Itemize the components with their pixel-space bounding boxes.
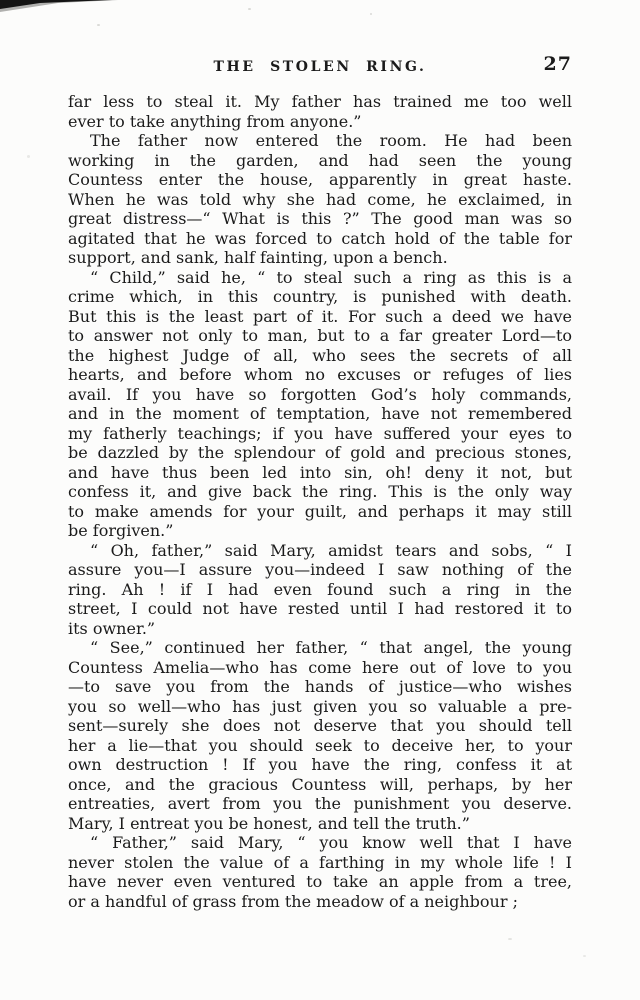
text-line: be forgiven.” — [68, 521, 572, 541]
text-line: The father now entered the room. He had … — [68, 131, 572, 151]
scan-edge-artifact — [0, 0, 120, 14]
body-text: far less to steal it. My father has trai… — [68, 92, 572, 911]
text-line: and have thus been led into sin, oh! den… — [68, 463, 572, 483]
paragraph: “ Father,” said Mary, “ you know well th… — [68, 833, 572, 911]
text-line: crime which, in this country, is punishe… — [68, 287, 572, 307]
text-line: street, I could not have rested until I … — [68, 599, 572, 619]
paragraph: “ Child,” said he, “ to steal such a rin… — [68, 268, 572, 541]
scan-speck — [370, 13, 372, 15]
text-line: ring. Ah ! if I had even found such a ri… — [68, 580, 572, 600]
text-line: sent—surely she does not deserve that yo… — [68, 716, 572, 736]
scan-speck — [583, 955, 586, 957]
text-line: Mary, I entreat you be honest, and tell … — [68, 814, 572, 834]
text-line: own destruction ! If you have the ring, … — [68, 755, 572, 775]
text-line: and in the moment of temptation, have no… — [68, 404, 572, 424]
text-line: far less to steal it. My father has trai… — [68, 92, 572, 112]
text-line: once, and the gracious Countess will, pe… — [68, 775, 572, 795]
text-line: “ See,” continued her father, “ that ang… — [68, 638, 572, 658]
text-line: avail. If you have so forgotten God’s ho… — [68, 385, 572, 405]
text-line: confess it, and give back the ring. This… — [68, 482, 572, 502]
text-line: the highest Judge of all, who sees the s… — [68, 346, 572, 366]
text-line: be dazzled by the splendour of gold and … — [68, 443, 572, 463]
text-line: When he was told why she had come, he ex… — [68, 190, 572, 210]
scan-speck — [97, 24, 100, 26]
paragraph: “ See,” continued her father, “ that ang… — [68, 638, 572, 833]
text-line: have never even ventured to take an appl… — [68, 872, 572, 892]
paragraph: “ Oh, father,” said Mary, amidst tears a… — [68, 541, 572, 639]
paragraph: The father now entered the room. He had … — [68, 131, 572, 268]
text-line: hearts, and before whom no excuses or re… — [68, 365, 572, 385]
text-line: working in the garden, and had seen the … — [68, 151, 572, 171]
text-line: But this is the least part of it. For su… — [68, 307, 572, 327]
text-line: never stolen the value of a farthing in … — [68, 853, 572, 873]
page-header: THE STOLEN RING. 27 — [68, 56, 572, 80]
text-line: to answer not only to man, but to a far … — [68, 326, 572, 346]
book-page-scan: THE STOLEN RING. 27 far less to steal it… — [0, 0, 640, 1000]
text-line: her a lie—that you should seek to deceiv… — [68, 736, 572, 756]
text-line: entreaties, avert from you the punishmen… — [68, 794, 572, 814]
scan-speck — [248, 8, 251, 10]
text-line: “ Father,” said Mary, “ you know well th… — [68, 833, 572, 853]
text-line: agitated that he was forced to catch hol… — [68, 229, 572, 249]
text-line: Countess enter the house, apparently in … — [68, 170, 572, 190]
text-line: Countess Amelia—who has come here out of… — [68, 658, 572, 678]
running-title: THE STOLEN RING. — [68, 59, 572, 75]
text-line: you so well—who has just given you so va… — [68, 697, 572, 717]
text-line: support, and sank, half fainting, upon a… — [68, 248, 572, 268]
scan-speck — [508, 938, 512, 940]
text-line: “ Oh, father,” said Mary, amidst tears a… — [68, 541, 572, 561]
text-line: to make amends for your guilt, and perha… — [68, 502, 572, 522]
text-line: —to save you from the hands of justice—w… — [68, 677, 572, 697]
text-line: “ Child,” said he, “ to steal such a rin… — [68, 268, 572, 288]
text-line: its owner.” — [68, 619, 572, 639]
text-line: assure you—I assure you—indeed I saw not… — [68, 560, 572, 580]
scan-speck — [27, 155, 30, 158]
paragraph: far less to steal it. My father has trai… — [68, 92, 572, 131]
text-line: my fatherly teachings; if you have suffe… — [68, 424, 572, 444]
text-line: great distress—“ What is this ?” The goo… — [68, 209, 572, 229]
text-line: or a handful of grass from the meadow of… — [68, 892, 572, 912]
page-number: 27 — [544, 53, 572, 75]
text-line: ever to take anything from anyone.” — [68, 112, 572, 132]
